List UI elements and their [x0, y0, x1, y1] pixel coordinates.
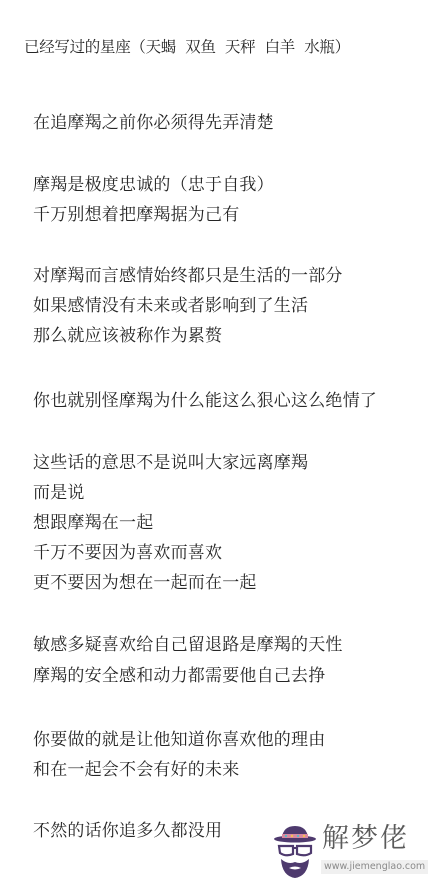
hat-glasses-beard-icon: [272, 824, 318, 880]
text-line: 不然的话你追多久都没用: [33, 820, 222, 842]
text-line: 这些话的意思不是说叫大家远离摩羯: [33, 452, 308, 474]
text-line: 摩羯的安全感和动力都需要他自己去挣: [33, 665, 325, 687]
text-line: 而是说: [33, 482, 85, 504]
document-title: 已经写过的星座（天蝎 双鱼 天秤 白羊 水瓶）: [24, 37, 350, 57]
text-line: 对摩羯而言感情始终都只是生活的一部分: [33, 265, 343, 287]
text-line: 如果感情没有未来或者影响到了生活: [33, 295, 308, 317]
text-line: 你也就别怪摩羯为什么能这么狠心这么绝情了: [33, 390, 377, 412]
watermark-name: 解梦佬: [322, 822, 409, 856]
text-line: 和在一起会不会有好的未来: [33, 759, 239, 781]
text-line: 那么就应该被称作为累赘: [33, 325, 222, 347]
text-line: 敏感多疑喜欢给自己留退路是摩羯的天性: [33, 634, 343, 656]
text-line: 想跟摩羯在一起: [33, 512, 153, 534]
text-line: 更不要因为想在一起而在一起: [33, 572, 257, 594]
text-line: 千万别想着把摩羯据为己有: [33, 204, 239, 226]
text-line: 在追摩羯之前你必须得先弄清楚: [33, 112, 274, 134]
watermark-url: www.jiemenglao.com: [321, 860, 428, 874]
text-line: 千万不要因为喜欢而喜欢: [33, 542, 222, 564]
watermark-logo: 解梦佬 www.jiemenglao.com: [272, 822, 438, 880]
text-line: 你要做的就是让他知道你喜欢他的理由: [33, 729, 325, 751]
text-line: 摩羯是极度忠诚的（忠于自我）: [33, 174, 274, 196]
